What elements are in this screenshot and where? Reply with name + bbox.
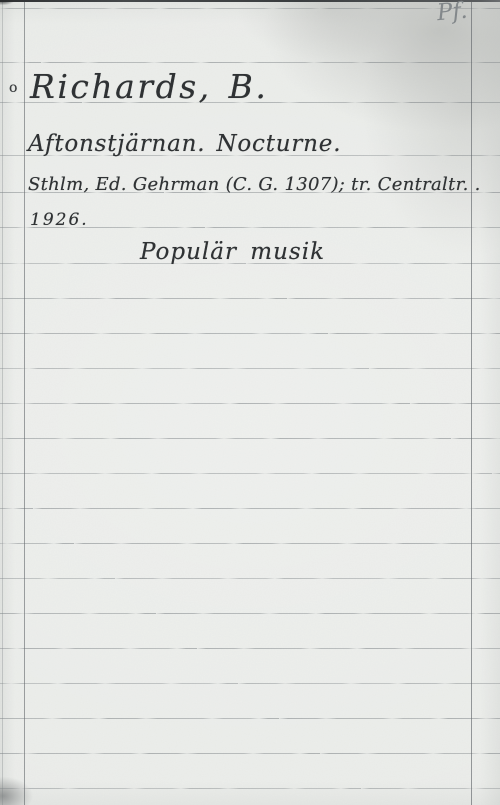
ruled-line: [0, 578, 500, 579]
imprint-line: Sthlm, Ed. Gehrman (C. G. 1307); tr. Cen…: [28, 176, 481, 194]
ruled-line: [0, 8, 500, 9]
composer-heading: Richards, B.: [30, 70, 268, 103]
category-line: Populär musik: [140, 241, 325, 264]
ruled-line: [0, 368, 500, 369]
paper-left-edge-line: [2, 0, 3, 805]
catalog-card: Pf. o Richards, B. Aftonstjärnan. Noctur…: [0, 0, 500, 805]
ruled-line: [0, 473, 500, 474]
ruled-line: [0, 438, 500, 439]
ruled-line: [0, 543, 500, 544]
ruled-line: [0, 753, 500, 754]
ruled-line: [0, 298, 500, 299]
ruled-line: [0, 718, 500, 719]
year-line: 1926.: [30, 212, 89, 229]
right-margin-line: [471, 0, 472, 805]
ruled-line: [0, 62, 500, 63]
ruled-line: [0, 613, 500, 614]
work-title-line: Aftonstjärnan. Nocturne.: [28, 133, 341, 156]
ruled-line: [0, 648, 500, 649]
ruled-line: [0, 333, 500, 334]
ring-mark: o: [9, 81, 17, 95]
shelfmark-annotation: Pf.: [436, 0, 468, 25]
ruled-line: [0, 788, 500, 789]
scan-corner-shadow: [0, 0, 14, 5]
ruled-line: [0, 403, 500, 404]
ruled-line: [0, 683, 500, 684]
scan-top-edge: [0, 0, 500, 2]
left-margin-line: [24, 0, 25, 805]
ruled-line: [0, 508, 500, 509]
